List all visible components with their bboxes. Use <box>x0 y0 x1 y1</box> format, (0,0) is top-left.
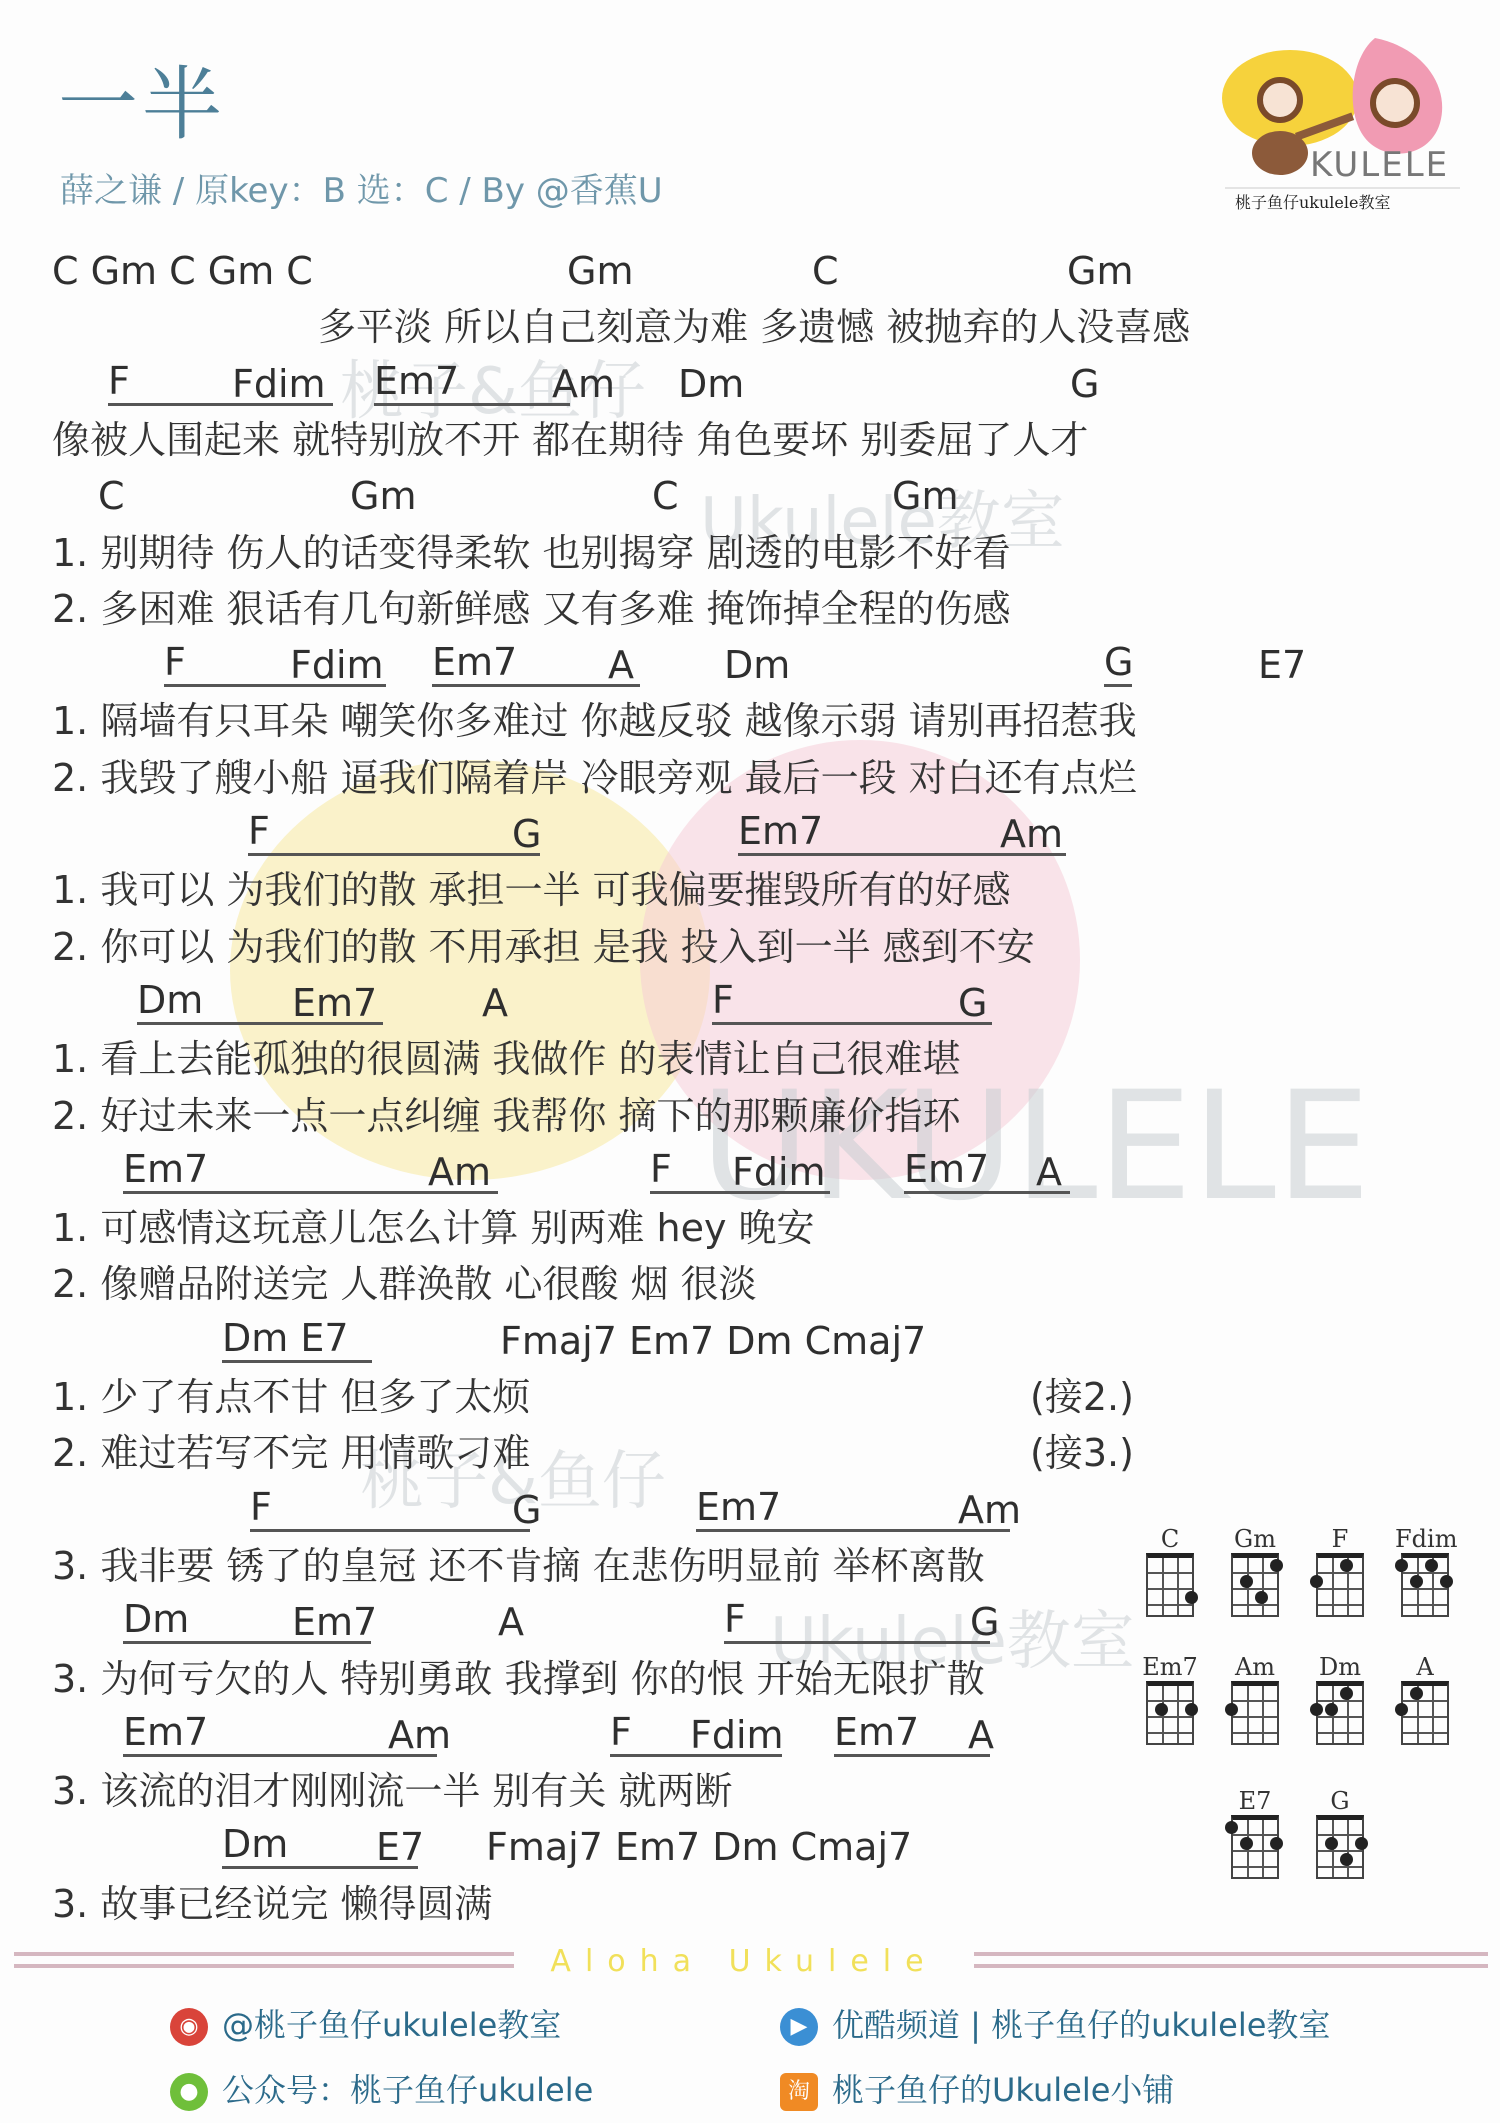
lyric-text: 1. 别期待 伤人的话变得柔软 也别揭穿 剧透的电影不好看 <box>52 528 1011 578</box>
chord-label: Gm <box>567 246 633 296</box>
chord-diagram: Am <box>1225 1653 1285 1745</box>
lyric-line: 1. 隔墙有只耳朵 嘲笑你多难过 你越反驳 越像示弱 请别再招惹我 <box>0 696 1500 746</box>
divider-line <box>14 1964 514 1968</box>
lyric-text: 1. 我可以 为我们的散 承担一半 可我偏要摧毁所有的好感 <box>52 865 1011 915</box>
lyric-line: 像被人围起来 就特别放不开 都在期待 角色要坏 别委屈了人才 <box>0 415 1500 465</box>
lyric-line: 1. 少了有点不甘 但多了太烦(接2.) <box>0 1372 1500 1422</box>
chord-diagram: C <box>1140 1525 1200 1617</box>
chord-label: Fdim <box>290 640 384 690</box>
finger-dot-icon <box>1185 1591 1198 1604</box>
chord-diagram: G <box>1310 1787 1370 1879</box>
chord-diagram: F <box>1310 1525 1370 1617</box>
finger-dot-icon <box>1410 1575 1423 1588</box>
lyric-text: 2. 好过未来一点一点纠缠 我帮你 摘下的那颗廉价指环 <box>52 1091 961 1141</box>
chord-label: Gm <box>350 471 416 521</box>
fretboard-grid <box>1316 1815 1364 1879</box>
fretboard-grid <box>1316 1681 1364 1745</box>
chord-label: F <box>712 978 992 1025</box>
chord-diagram-name: E7 <box>1225 1787 1285 1815</box>
weibo-icon: ◉ <box>170 2008 208 2046</box>
fretboard-grid <box>1231 1553 1279 1617</box>
chord-line: CGmCGm <box>0 471 1500 521</box>
chord-diagram-name: Am <box>1225 1653 1285 1681</box>
chord-label: Em7 <box>292 1597 377 1647</box>
lyric-text: 2. 我毁了艘小船 逼我们隔着岸 冷眼旁观 最后一段 对白还有点烂 <box>52 753 1137 803</box>
divider-line <box>974 1952 1488 1956</box>
lyric-line: 2. 好过未来一点一点纠缠 我帮你 摘下的那颗廉价指环 <box>0 1091 1500 1141</box>
lyric-text: 2. 难过若写不完 用情歌刁难 <box>52 1428 530 1478</box>
lyric-text: 2. 像赠品附送完 人群涣散 心很酸 烟 很淡 <box>52 1259 757 1309</box>
lyric-text: 3. 为何亏欠的人 特别勇敢 我撑到 你的恨 开始无限扩散 <box>52 1654 985 1704</box>
lyric-text: 多平淡 所以自己刻意为难 多遗憾 被抛弃的人没喜感 <box>318 302 1190 352</box>
lyric-text: 3. 故事已经说完 懒得圆满 <box>52 1879 492 1929</box>
wechat-icon: ● <box>170 2073 208 2111</box>
chord-label: G <box>1070 359 1099 409</box>
chord-diagram-panel: CGmFFdimEm7AmDmAE7G <box>1140 1525 1480 1905</box>
chord-label: E7 <box>1258 640 1306 690</box>
finger-dot-icon <box>1240 1575 1253 1588</box>
fretboard-grid <box>1231 1815 1279 1879</box>
logo-illustration-icon: KULELE 桃子鱼仔ukulele教室 <box>1215 28 1465 213</box>
song-title: 一半 <box>58 40 226 155</box>
lyric-text: 1. 少了有点不甘 但多了太烦 <box>52 1372 530 1422</box>
song-meta: 薛之谦 / 原key：B 选：C / By @香蕉U <box>60 163 663 212</box>
chord-diagram-name: Fdim <box>1395 1525 1455 1553</box>
chord-label: C <box>98 471 125 521</box>
chord-label: A <box>482 978 508 1028</box>
fretboard-grid <box>1231 1681 1279 1745</box>
finger-dot-icon <box>1425 1559 1438 1572</box>
lyric-text: 1. 看上去能孤独的很圆满 我做作 的表情让自己很难堪 <box>52 1034 961 1084</box>
chord-diagram: A <box>1395 1653 1455 1745</box>
lyric-text: 2. 多困难 狠话有几句新鲜感 又有多难 掩饰掉全程的伤感 <box>52 584 1011 634</box>
chord-line: FGEm7Am <box>0 809 1500 859</box>
chord-diagram-name: Em7 <box>1140 1653 1200 1681</box>
finger-dot-icon <box>1395 1703 1408 1716</box>
finger-dot-icon <box>1340 1853 1353 1866</box>
finger-dot-icon <box>1325 1703 1338 1716</box>
chord-label: Fmaj7 Em7 Dm Cmaj7 <box>500 1316 926 1366</box>
fretboard-grid <box>1146 1553 1194 1617</box>
finger-dot-icon <box>1340 1559 1353 1572</box>
chord-label: C <box>812 246 839 296</box>
lyric-line: 2. 难过若写不完 用情歌刁难(接3.) <box>0 1428 1500 1478</box>
chord-label: C Gm C Gm C <box>52 246 313 296</box>
chord-label: Am <box>428 1147 491 1197</box>
lyric-text: (接3.) <box>1030 1428 1134 1478</box>
lyric-line: 1. 我可以 为我们的散 承担一半 可我偏要摧毁所有的好感 <box>0 865 1500 915</box>
fretboard-grid <box>1401 1553 1449 1617</box>
chord-label: Em7 <box>834 1710 990 1757</box>
lyric-line: 2. 我毁了艘小船 逼我们隔着岸 冷眼旁观 最后一段 对白还有点烂 <box>0 753 1500 803</box>
chord-label: F <box>250 1485 530 1532</box>
divider-line <box>14 1952 514 1956</box>
weibo-label: @桃子鱼仔ukulele教室 <box>222 2006 561 2044</box>
chord-label: Am <box>552 359 615 409</box>
lyric-text: 3. 我非要 锈了的皇冠 还不肯摘 在悲伤明显前 举杯离散 <box>52 1541 985 1591</box>
lyric-text: (接2.) <box>1030 1372 1134 1422</box>
chord-label: E7 <box>376 1822 424 1872</box>
finger-dot-icon <box>1310 1575 1323 1588</box>
chord-label: G <box>1104 640 1132 687</box>
lyric-text: 2. 你可以 为我们的散 不用承担 是我 投入到一半 感到不安 <box>52 922 1035 972</box>
chord-label: A <box>608 640 634 690</box>
chord-label: Am <box>388 1710 451 1760</box>
chord-label: C <box>652 471 679 521</box>
divider-label: Aloha Ukulele <box>534 1944 954 1979</box>
finger-dot-icon <box>1395 1559 1408 1572</box>
chord-diagram-name: F <box>1310 1525 1370 1553</box>
lyric-line: 1. 别期待 伤人的话变得柔软 也别揭穿 剧透的电影不好看 <box>0 528 1500 578</box>
chord-label: Gm <box>1067 246 1133 296</box>
finger-dot-icon <box>1310 1703 1323 1716</box>
chord-diagram: E7 <box>1225 1787 1285 1879</box>
chord-label: Dm <box>724 640 790 690</box>
chord-line: FFdimEm7AmDmG <box>0 359 1500 409</box>
chord-label: F <box>248 809 540 856</box>
chord-label: Dm E7 <box>222 1316 372 1363</box>
chord-label: Gm <box>892 471 958 521</box>
fretboard-grid <box>1146 1681 1194 1745</box>
youku-link[interactable]: ▶优酷频道 | 桃子鱼仔的ukulele教室 <box>780 2000 1330 2046</box>
taobao-label: 桃子鱼仔的Ukulele小铺 <box>832 2071 1174 2109</box>
wechat-label: 公众号：桃子鱼仔ukulele <box>222 2071 593 2109</box>
chord-label: F <box>724 1597 990 1644</box>
wechat-link[interactable]: ●公众号：桃子鱼仔ukulele <box>170 2065 593 2111</box>
chord-label: Am <box>1000 809 1063 859</box>
chord-label: Fdim <box>232 359 326 409</box>
chord-label: Dm <box>678 359 744 409</box>
chord-label: Fdim <box>732 1147 826 1197</box>
brand-logo: KULELE 桃子鱼仔ukulele教室 <box>1215 28 1465 213</box>
chord-label: Em7 <box>292 978 377 1028</box>
lyric-text: 3. 该流的泪才刚刚流一半 别有关 就两断 <box>52 1766 733 1816</box>
chord-line: Dm E7Fmaj7 Em7 Dm Cmaj7 <box>0 1316 1500 1366</box>
taobao-icon: 淘 <box>780 2073 818 2111</box>
svg-text:KULELE: KULELE <box>1310 145 1449 185</box>
lyric-text: 像被人围起来 就特别放不开 都在期待 角色要坏 别委屈了人才 <box>52 415 1088 465</box>
finger-dot-icon <box>1325 1837 1338 1850</box>
chord-label: A <box>498 1597 524 1647</box>
finger-dot-icon <box>1255 1591 1268 1604</box>
finger-dot-icon <box>1225 1703 1238 1716</box>
finger-dot-icon <box>1440 1575 1453 1588</box>
youku-label: 优酷频道 | 桃子鱼仔的ukulele教室 <box>832 2006 1330 2044</box>
chord-label: G <box>958 978 987 1028</box>
lyric-line: 1. 可感情这玩意儿怎么计算 别两难 hey 晚安 <box>0 1203 1500 1253</box>
finger-dot-icon <box>1270 1559 1283 1572</box>
chord-diagram: Dm <box>1310 1653 1370 1745</box>
chord-label: G <box>512 1485 541 1535</box>
chord-diagram: Em7 <box>1140 1653 1200 1745</box>
chord-line: C Gm C Gm CGmCGm <box>0 246 1500 296</box>
lyric-text: 1. 隔墙有只耳朵 嘲笑你多难过 你越反驳 越像示弱 请别再招惹我 <box>52 696 1137 746</box>
fretboard-grid <box>1316 1553 1364 1617</box>
chord-label: Fmaj7 Em7 Dm Cmaj7 <box>486 1822 912 1872</box>
finger-dot-icon <box>1340 1687 1353 1700</box>
chord-diagram-name: C <box>1140 1525 1200 1553</box>
finger-dot-icon <box>1155 1703 1168 1716</box>
lyric-line: 2. 多困难 狠话有几句新鲜感 又有多难 掩饰掉全程的伤感 <box>0 584 1500 634</box>
chord-diagram-name: Dm <box>1310 1653 1370 1681</box>
chord-label: A <box>1036 1147 1062 1197</box>
chord-diagram: Gm <box>1225 1525 1285 1617</box>
youku-icon: ▶ <box>780 2008 818 2046</box>
finger-dot-icon <box>1225 1821 1238 1834</box>
chord-label: Am <box>958 1485 1021 1535</box>
finger-dot-icon <box>1270 1837 1283 1850</box>
chord-line: Em7AmFFdimEm7A <box>0 1147 1500 1197</box>
svg-text:桃子鱼仔ukulele教室: 桃子鱼仔ukulele教室 <box>1235 193 1390 212</box>
chord-label: A <box>968 1710 994 1760</box>
finger-dot-icon <box>1355 1837 1368 1850</box>
divider-line <box>974 1964 1488 1968</box>
chord-label: G <box>512 809 541 859</box>
lyric-line: 1. 看上去能孤独的很圆满 我做作 的表情让自己很难堪 <box>0 1034 1500 1084</box>
finger-dot-icon <box>1410 1687 1423 1700</box>
lyric-line: 2. 你可以 为我们的散 不用承担 是我 投入到一半 感到不安 <box>0 922 1500 972</box>
lyric-line: 多平淡 所以自己刻意为难 多遗憾 被抛弃的人没喜感 <box>0 302 1500 352</box>
chord-diagram-name: A <box>1395 1653 1455 1681</box>
chord-diagram-name: G <box>1310 1787 1370 1815</box>
footer-divider: Aloha Ukulele <box>14 1950 1488 1974</box>
chord-label: Em7 <box>374 359 570 406</box>
chord-diagram-name: Gm <box>1225 1525 1285 1553</box>
chord-line: DmEm7AFG <box>0 978 1500 1028</box>
lyric-line: 2. 像赠品附送完 人群涣散 心很酸 烟 很淡 <box>0 1259 1500 1309</box>
chord-diagram: Fdim <box>1395 1525 1455 1617</box>
fretboard-grid <box>1401 1681 1449 1745</box>
chord-label: Fdim <box>690 1710 784 1760</box>
lyric-text: 1. 可感情这玩意儿怎么计算 别两难 hey 晚安 <box>52 1203 815 1253</box>
taobao-link[interactable]: 淘桃子鱼仔的Ukulele小铺 <box>780 2065 1174 2111</box>
weibo-link[interactable]: ◉@桃子鱼仔ukulele教室 <box>170 2000 561 2046</box>
chord-line: FFdimEm7ADmGE7 <box>0 640 1500 690</box>
chord-label: G <box>970 1597 999 1647</box>
finger-dot-icon <box>1185 1703 1198 1716</box>
finger-dot-icon <box>1240 1837 1253 1850</box>
